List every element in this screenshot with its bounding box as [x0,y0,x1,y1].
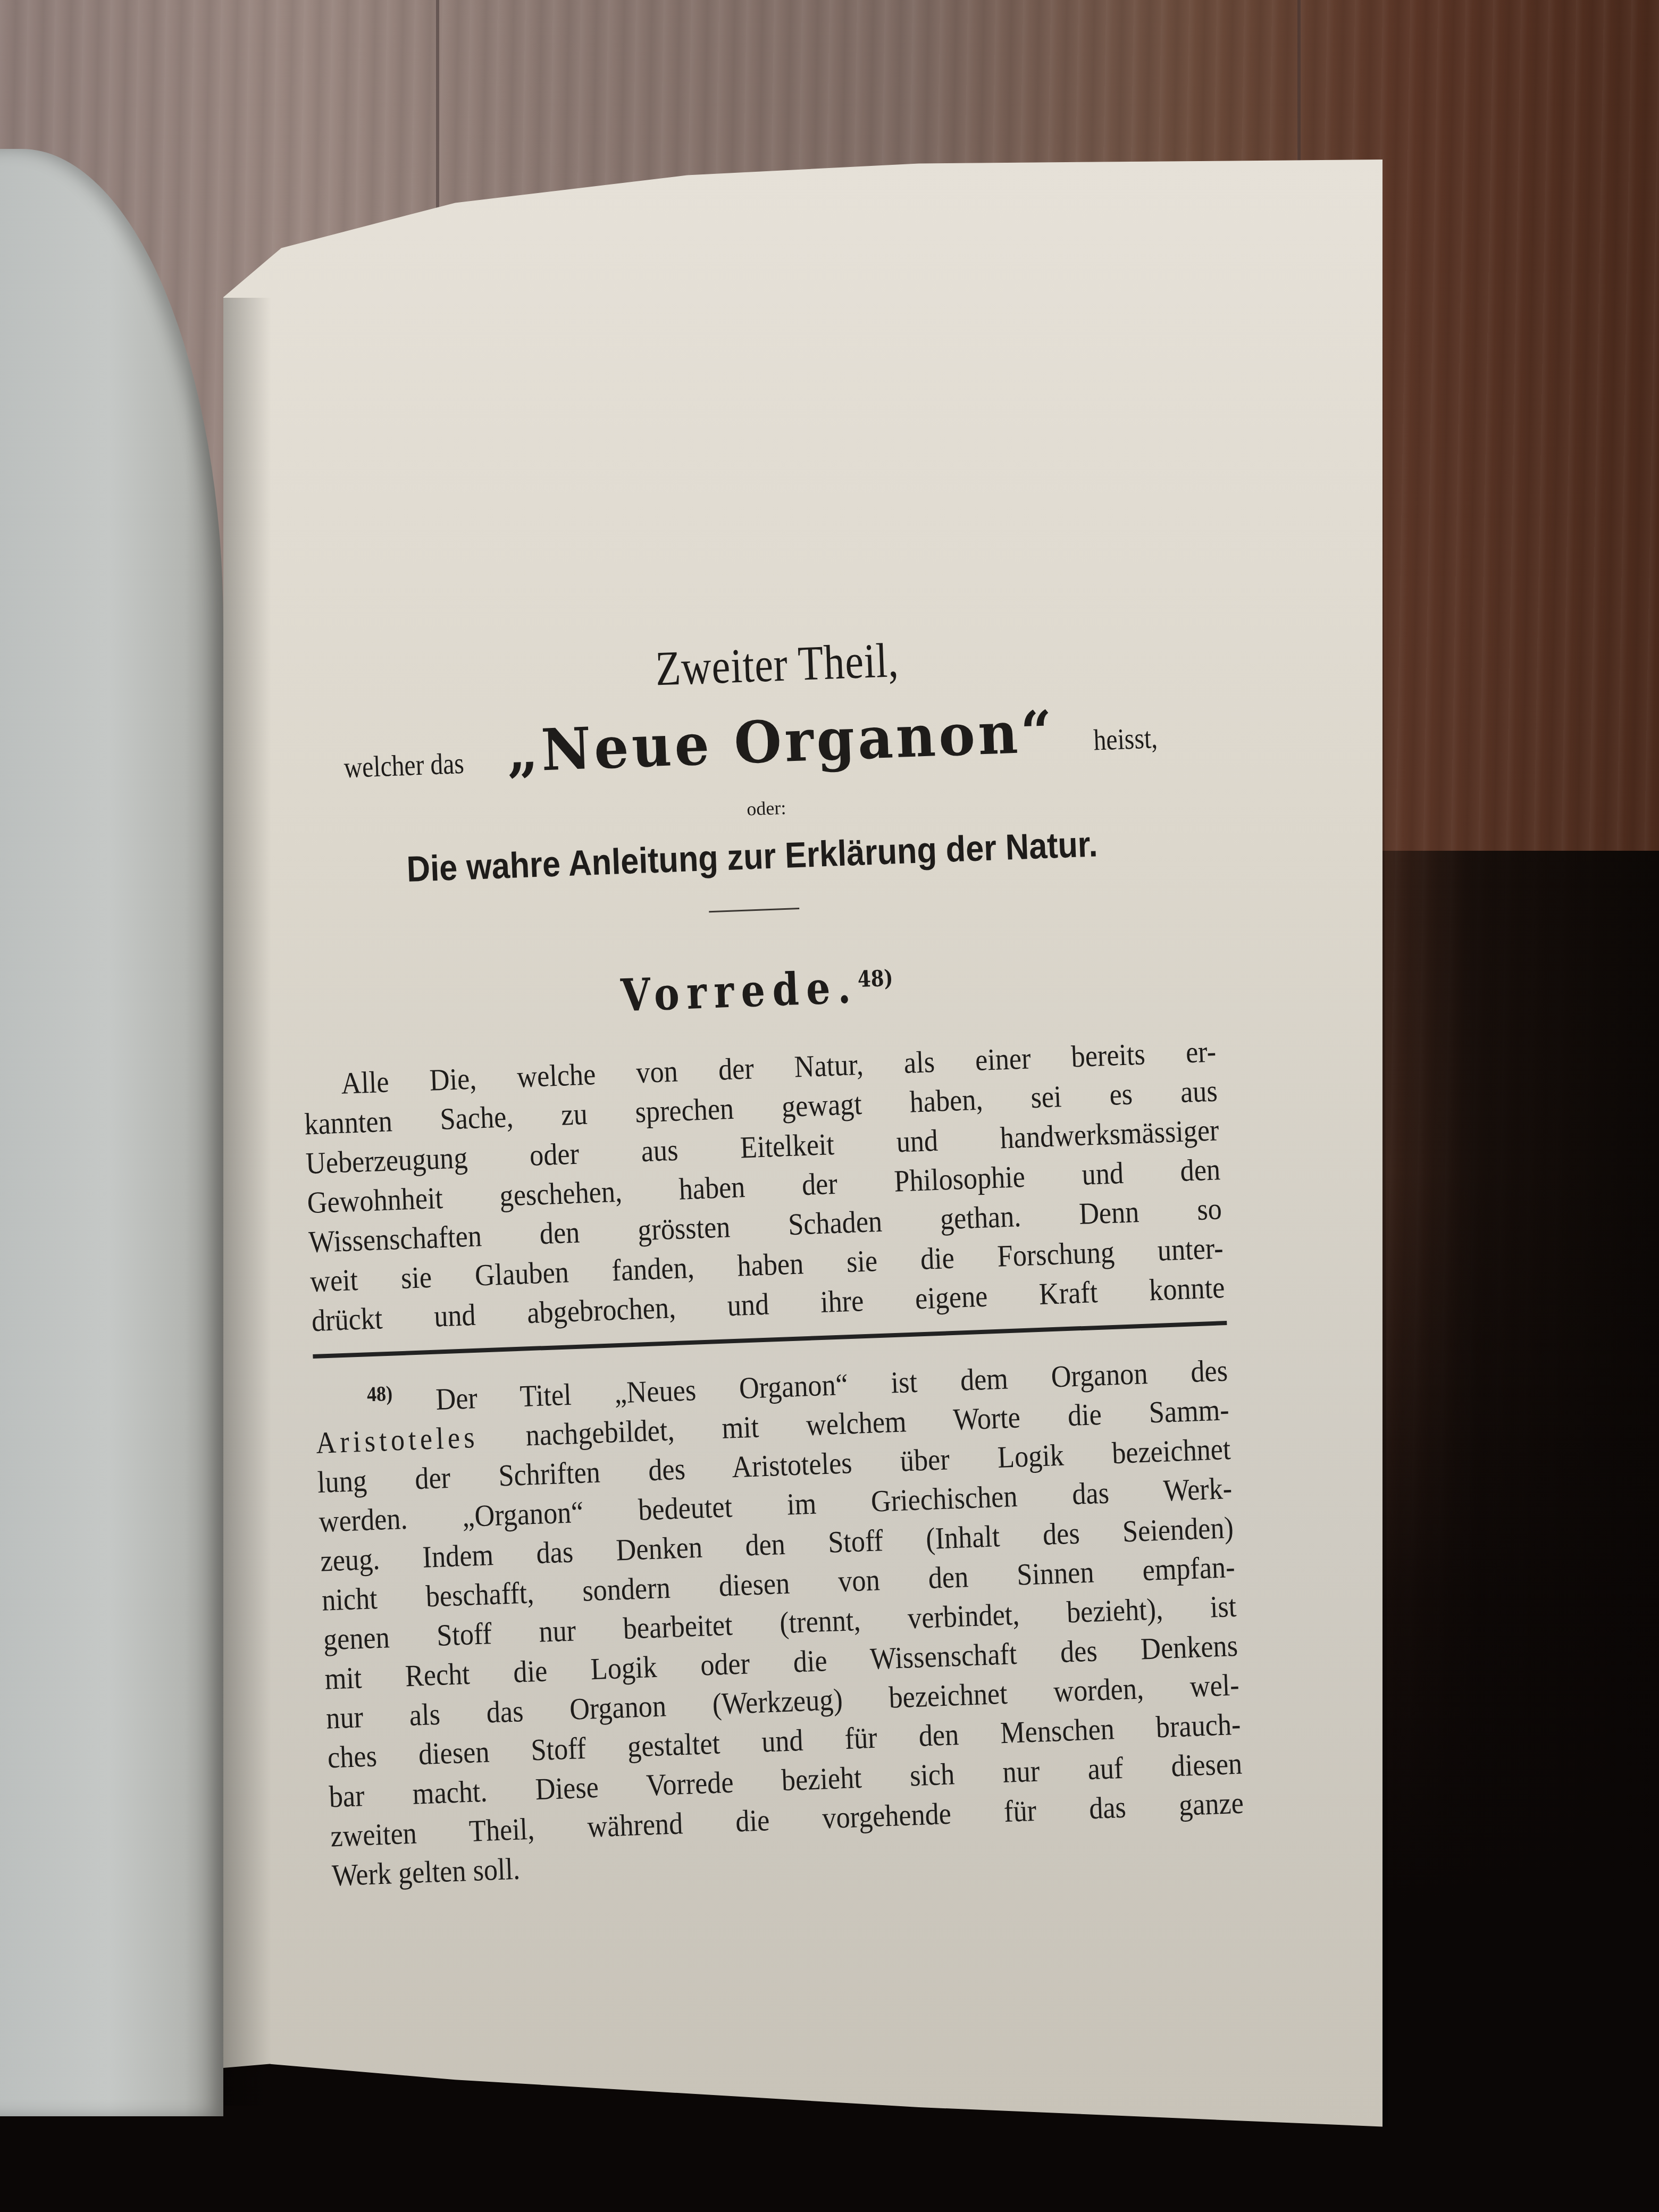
spaced-word: Aristoteles [315,1420,479,1460]
subtitle-name: „Neue Organon“ [506,698,1057,785]
subtitle-suffix: heisst, [1093,721,1159,757]
organon-name: Neue Organon [540,700,1022,784]
short-divider [709,908,799,912]
footnote-number: 48) [366,1381,393,1406]
close-quote: “ [1019,698,1056,766]
page-text: Zweiter Theil, welcher das „Neue Organon… [287,621,1246,1896]
footnote-reference: 48) [857,965,893,992]
left-page [0,149,223,2116]
main-heading: Die wahre Anleitung zur Erklärung der Na… [340,821,1164,893]
footnote: 48) Der Titel „Neues Organon“ ist dem Or… [314,1343,1246,1896]
subtitle: welcher das „Neue Organon“ heisst, [290,693,1206,793]
section-heading: Vorrede.48) [367,950,1146,1031]
open-quote: „ [506,717,542,785]
section-heading-text: Vorrede. [620,960,859,1021]
subtitle-prefix: welcher das [343,747,465,785]
body-paragraph: Alle Die, welche von der Natur, als eine… [302,1032,1225,1341]
gutter-shadow [223,298,271,2106]
photo-scene: Zweiter Theil, welcher das „Neue Organon… [0,0,1659,2212]
